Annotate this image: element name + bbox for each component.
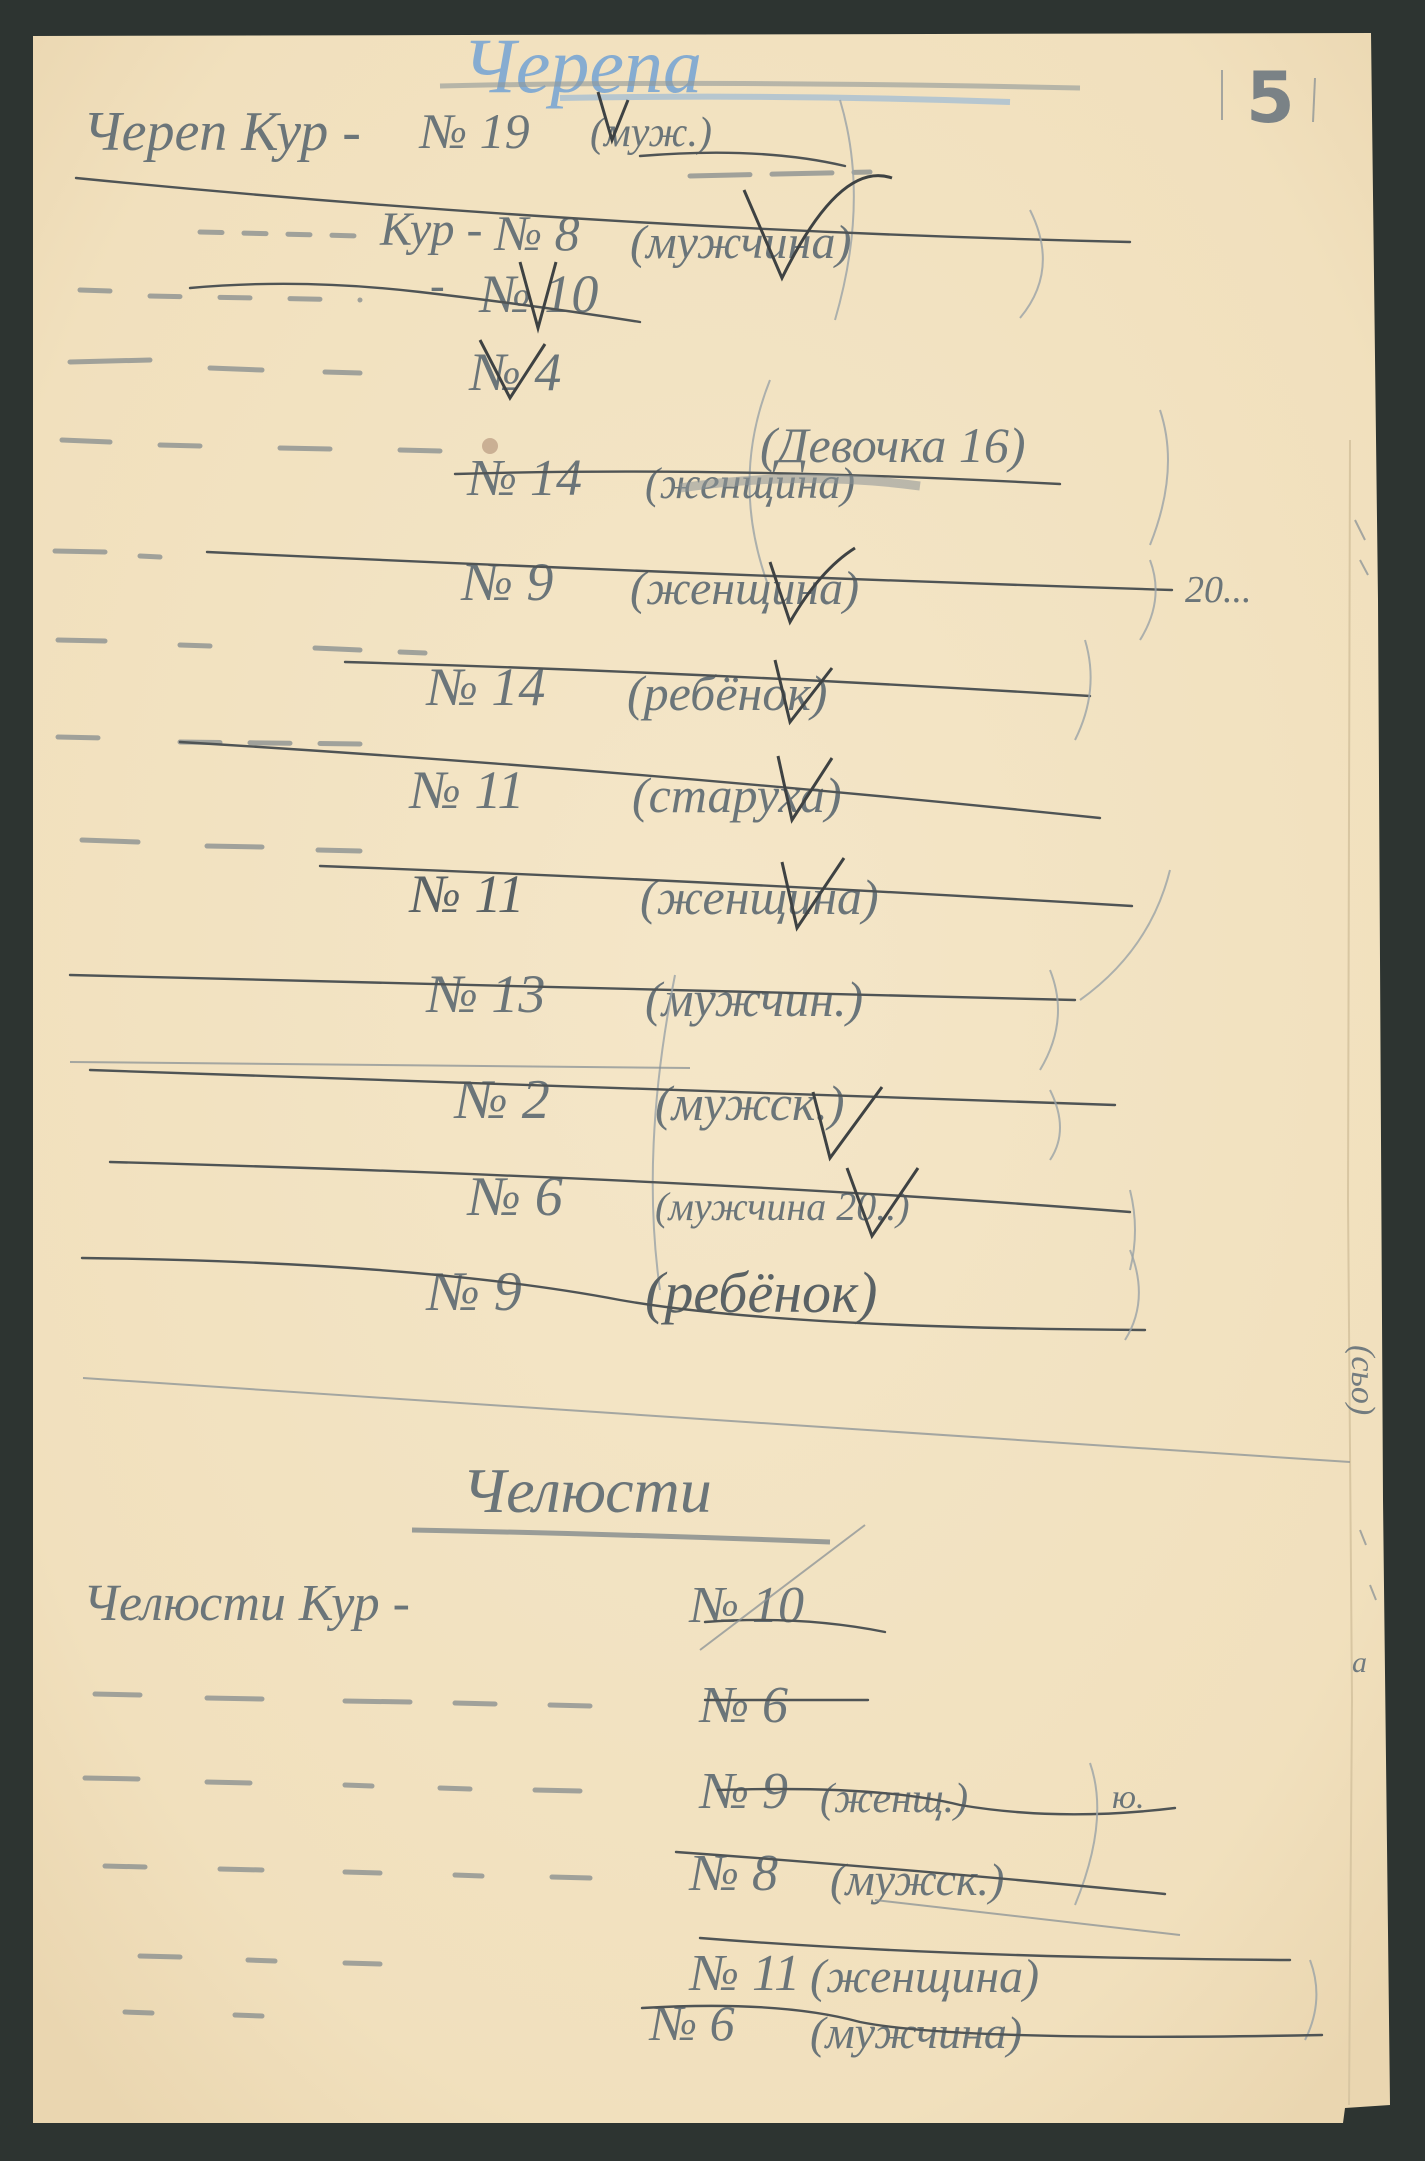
entry-note: (женщина) — [640, 869, 879, 925]
stain — [482, 438, 498, 454]
entry-number: № 19 — [418, 103, 530, 159]
entry-number: № 11 — [688, 1945, 800, 2002]
entry-note: (женщина) — [810, 1950, 1039, 2003]
entry-note: (мужчин.) — [645, 971, 863, 1027]
margin-fragment: (сьо) — [1344, 1345, 1381, 1415]
entry-number: № 2 — [453, 1069, 550, 1131]
margin-fragment: а — [1352, 1646, 1367, 1679]
entry-note: (старуха) — [632, 767, 842, 823]
entry-number: № 9 — [698, 1763, 788, 1820]
entry-number: № 6 — [648, 1995, 735, 2051]
manuscript-sheet: 5 Черепа Череп Кур - № 19 (муж.) Кур - №… — [0, 0, 1425, 2161]
section-heading-jaws: Челюсти — [462, 1455, 712, 1526]
entry-number: № 10 — [478, 264, 598, 324]
entry-prefix: Челюсти Кур - — [83, 1575, 410, 1632]
entry-note: (мужск.) — [830, 1854, 1004, 1905]
archival-page-scan: 5 Черепа Череп Кур - № 19 (муж.) Кур - №… — [0, 0, 1425, 2161]
entry-note: (ребёнок) — [645, 1260, 877, 1325]
entry-note: (женщ.) — [820, 1776, 968, 1822]
entry-number: № 9 — [460, 552, 553, 612]
entry-note: (мужчина) — [810, 2007, 1022, 2058]
entry-prefix: - — [430, 261, 445, 310]
page-number: 5 — [1246, 57, 1295, 139]
entry-suffix: 20... — [1185, 569, 1252, 611]
entry-number: № 6 — [698, 1677, 788, 1734]
entry-number: № 9 — [425, 1261, 522, 1323]
entry-note: (женщина) — [630, 562, 859, 615]
entry-note: (мужчина 20..) — [655, 1184, 910, 1229]
entry-number: № 13 — [425, 964, 545, 1024]
entry-number: № 11 — [408, 760, 524, 820]
entry-number: № 14 — [466, 450, 582, 507]
entry-prefix: Череп Кур - — [83, 101, 361, 163]
entry-note: (муж.) — [590, 110, 712, 156]
